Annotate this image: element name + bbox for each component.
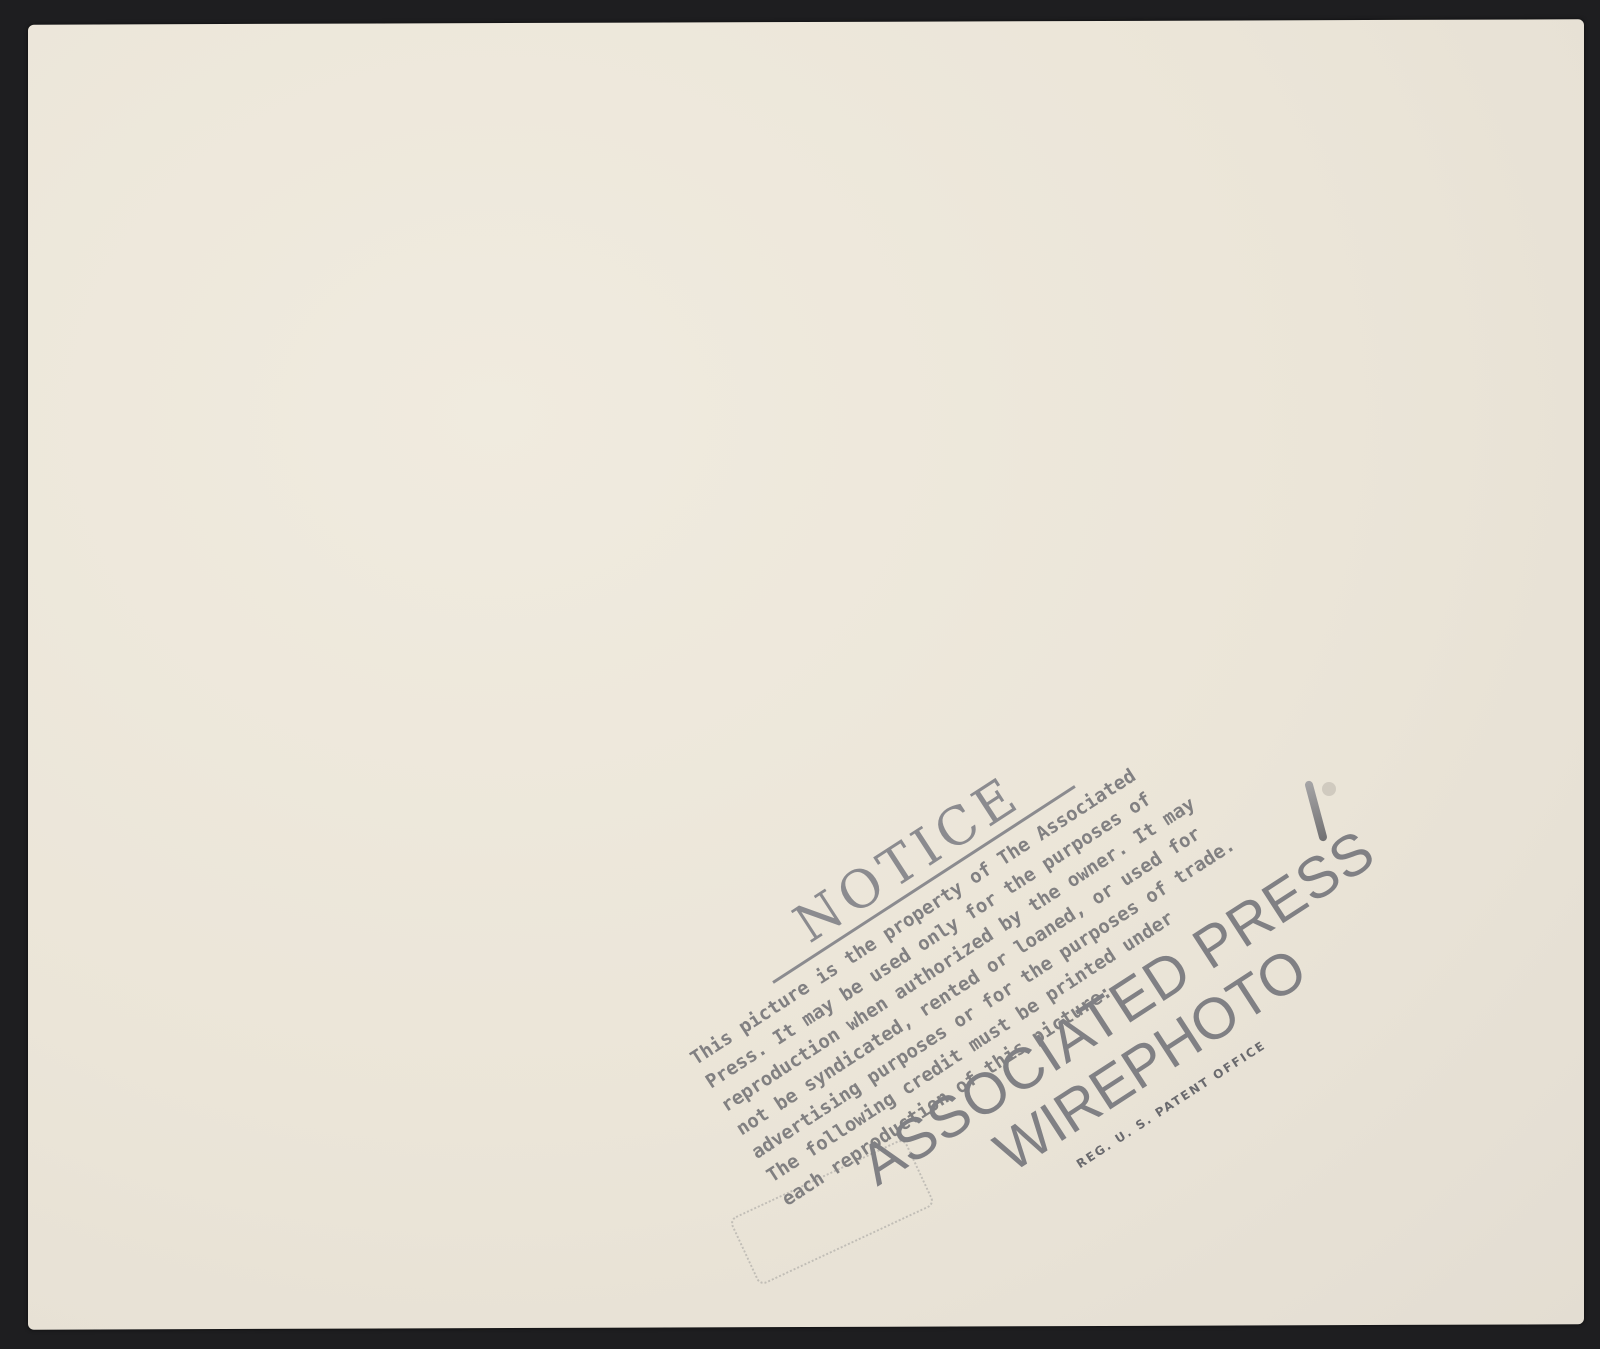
ap-notice-stamp: NOTICE This picture is the property of T… xyxy=(620,650,1300,1170)
stain-dot xyxy=(1322,782,1336,796)
